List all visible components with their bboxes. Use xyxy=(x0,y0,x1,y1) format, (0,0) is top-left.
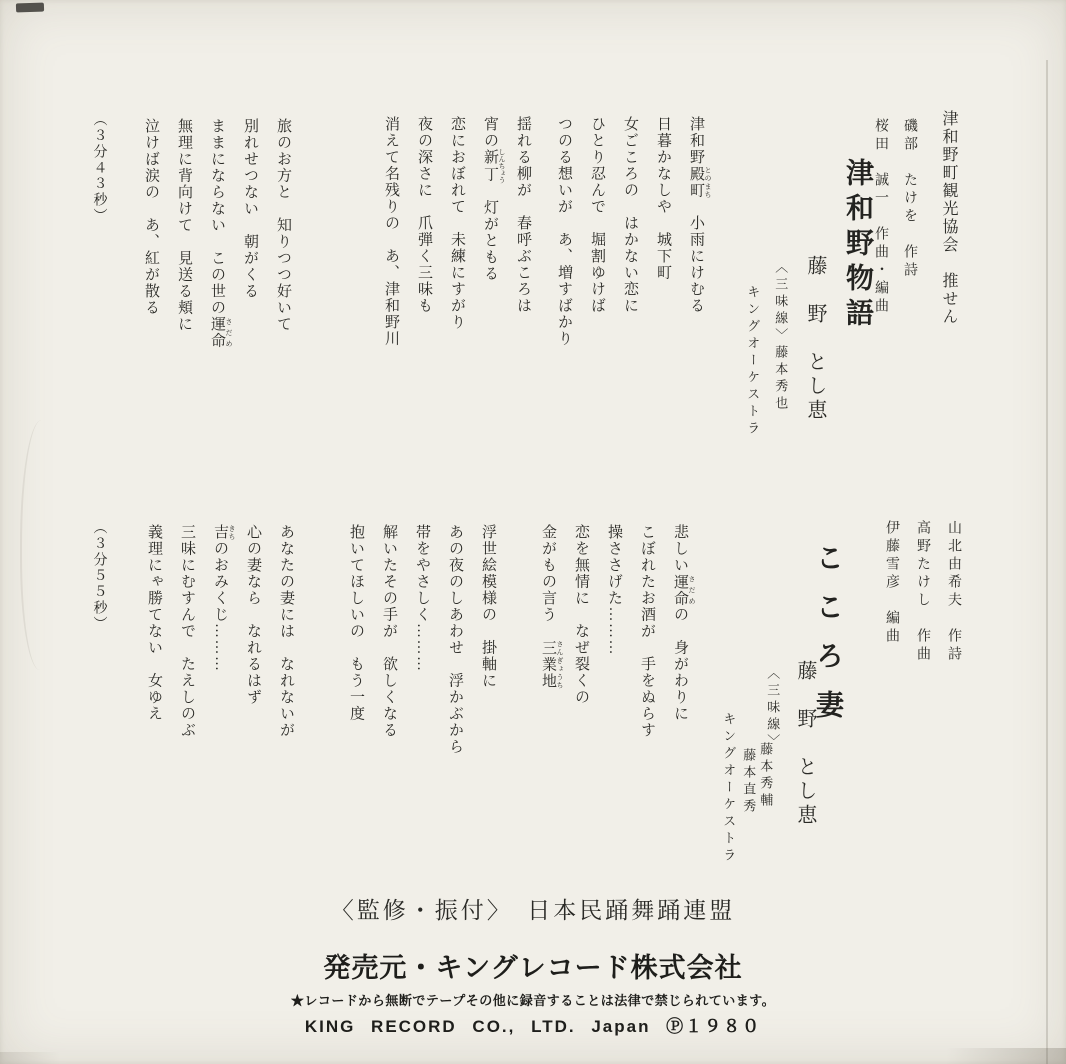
lyric-line: 日暮かなしや 城下町 xyxy=(646,116,679,431)
song1-singer: 藤 野 とし恵 xyxy=(802,255,827,423)
lyric-line: 解いたその手が 欲しくなる xyxy=(372,524,405,839)
song2-singer: 藤 野 とし恵 xyxy=(792,660,817,828)
lyric-line: 泣けば涙の あ、紅が散る xyxy=(134,118,167,433)
lyric-line: 夜の深さに 爪弾く三味も xyxy=(407,116,440,431)
lyric-line: 恋を無情に なぜ裂くの xyxy=(564,524,597,839)
lyric-line: 義理にゃ勝てない 女ゆえ xyxy=(137,524,170,839)
song2-shamisen-label: 〈三味線〉 xyxy=(764,666,780,751)
lyric-line: こぼれたお酒が 手をぬらす xyxy=(630,524,663,839)
lyric-line: あなたの妻には なれないが xyxy=(269,524,302,839)
song2-duration: （３分５５秒） xyxy=(90,520,108,632)
supervision-credit: 〈監修・振付〉 日本民踊舞踊連盟 xyxy=(0,892,1066,925)
song2-shamisen-player: 藤本秀輔 xyxy=(757,742,773,810)
lyric-line: 恋におぼれて 未練にすがり xyxy=(440,116,473,431)
lyric-line: ひとり忍んで 堀割ゆけば xyxy=(580,116,613,431)
song1-verse-3: 旅のお方と 知りつつ好いて 別れせつない 朝がくる ままにならない この世の運命… xyxy=(133,118,299,433)
footer: 〈監修・振付〉 日本民踊舞踊連盟 発売元・キングレコード株式会社 ★レコードから… xyxy=(0,892,1066,1037)
song2-lyricist: 山北由希夫 作詩 xyxy=(938,520,969,664)
lyric-line: 悲しい運命さだめの 身がわりに xyxy=(663,524,696,839)
lyric-line: 揺れる柳が 春呼ぶころは xyxy=(506,116,539,431)
lyric-line: 浮世絵模様の 掛軸に xyxy=(471,524,504,839)
lyric-line: 女ごころの はかない恋に xyxy=(613,116,646,431)
lyric-line: 操ささげた……… xyxy=(597,524,630,839)
recommendation-note: 津和野町観光協会 推せん xyxy=(938,110,958,326)
lyric-line: 抱いてほしいの もう一度 xyxy=(339,524,372,839)
lyric-line: 心の妻なら なれるはず xyxy=(236,524,269,839)
song1-orchestra-credit: キングオーケストラ xyxy=(744,285,760,438)
lyric-line: 三味にむすんで たえしのぶ xyxy=(170,524,203,839)
lyric-line: 無理に背向けて 見送る頬に xyxy=(167,118,200,433)
song2-arranger: 伊藤雪彦 編曲 xyxy=(876,520,907,664)
song1-verse-2: 揺れる柳が 春呼ぶころは 宵の新丁しんちょう 灯がともる 恋におぼれて 未練にす… xyxy=(373,116,539,431)
song2-verse-1: 悲しい運命さだめの 身がわりに こぼれたお酒が 手をぬらす 操ささげた……… 恋… xyxy=(530,524,696,839)
lyric-line: 宵の新丁しんちょう 灯がともる xyxy=(473,116,506,431)
song2-verse-3: あなたの妻には なれないが 心の妻なら なれるはず 吉きちのおみくじ……… 三味… xyxy=(136,524,302,839)
scan-smudge xyxy=(16,3,44,13)
song2-credits: 山北由希夫 作詩 高野たけし 作曲 伊藤雪彦 編曲 xyxy=(876,520,969,664)
song2-verse-2: 浮世絵模様の 掛軸に あの夜のしあわせ 浮かぶから 帯をやさしく……… 解いたそ… xyxy=(338,524,504,839)
lyric-line: 消えて名残りの あ、津和野川 xyxy=(374,116,407,431)
song2-shamisen-player: 藤本直秀 xyxy=(740,748,756,816)
song1-duration: （３分４３秒） xyxy=(90,112,108,224)
lyric-line: 金がもの言う 三業地さんぎょうち xyxy=(531,524,564,839)
lyric-line: 別れせつない 朝がくる xyxy=(233,118,266,433)
lyric-line: つのる想いが あ、増すばかり xyxy=(547,116,580,431)
lyric-line: 津和野殿町とのまち 小雨にけむる xyxy=(679,116,712,431)
song1-title: 津和野物語 xyxy=(840,158,875,333)
lyric-line: あの夜のしあわせ 浮かぶから xyxy=(438,524,471,839)
scan-shadow xyxy=(0,1052,60,1064)
company-name-english: KING RECORD CO., LTD. Japan Ⓟ１９８０ xyxy=(0,1012,1066,1037)
song1-lyricist: 磯部 たけを 作詩 xyxy=(895,118,924,316)
song1-shamisen-credit: 〈三味線〉藤本秀也 xyxy=(772,260,788,413)
lyric-line: 吉きちのおみくじ……… xyxy=(203,524,236,839)
song2-composer: 高野たけし 作曲 xyxy=(907,520,938,664)
publisher-line: 発売元・キングレコード株式会社 xyxy=(0,946,1066,985)
copyright-warning: ★レコードから無断でテープその他に録音することは法律で禁じられています。 xyxy=(0,990,1066,1009)
record-sleeve-back: 津和野町観光協会 推せん 磯部 たけを 作詩 桜田 誠一 作曲・編曲 津和野物語… xyxy=(0,0,1066,1064)
scan-shadow xyxy=(946,1048,1066,1064)
lyric-line: ままにならない この世の運命さだめ xyxy=(200,118,233,433)
lyric-line: 旅のお方と 知りつつ好いて xyxy=(266,118,299,433)
song2-orchestra-credit: キングオーケストラ xyxy=(720,712,736,865)
lyric-line: 帯をやさしく……… xyxy=(405,524,438,839)
song1-verse-1: 津和野殿町とのまち 小雨にけむる 日暮かなしや 城下町 女ごころの はかない恋に… xyxy=(546,116,712,431)
paper-crease xyxy=(20,420,56,670)
